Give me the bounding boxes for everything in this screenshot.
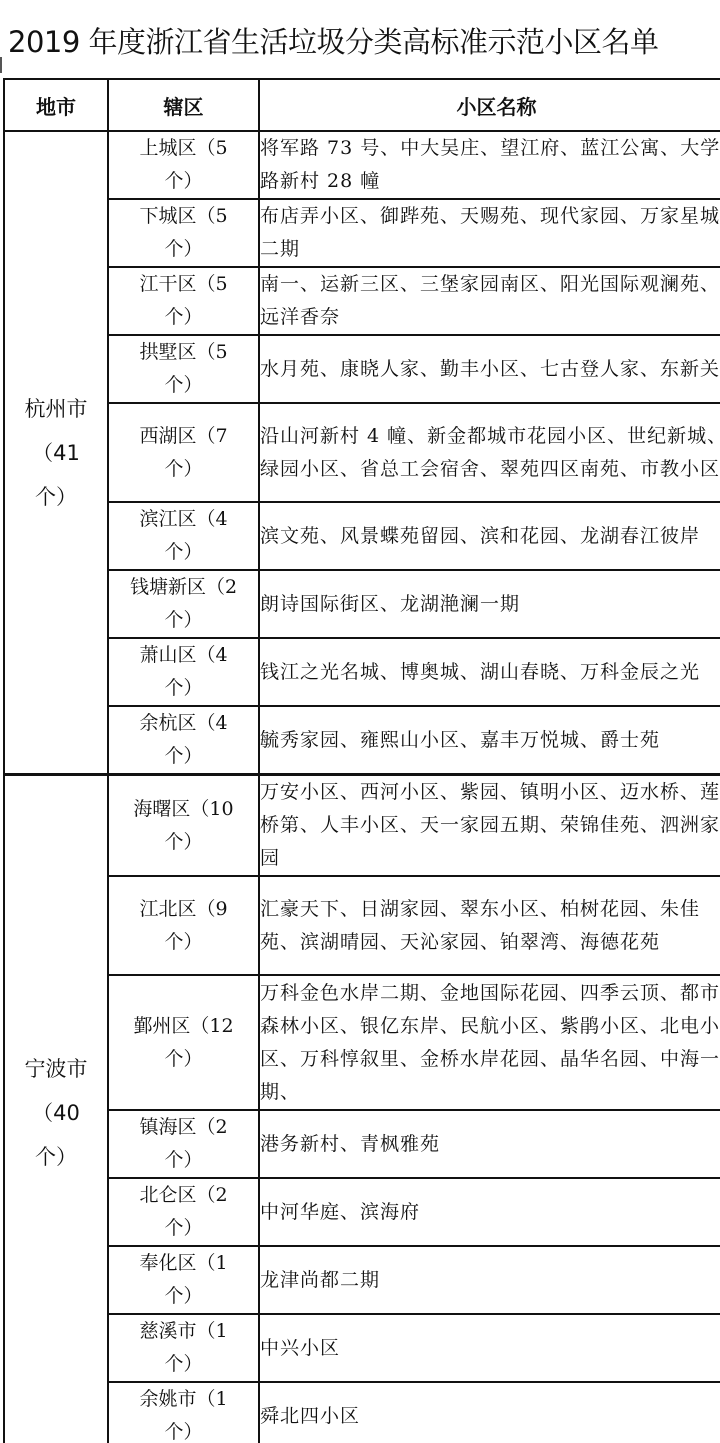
district-cell: 镇海区（2个）	[108, 1110, 259, 1178]
table-row: 余杭区（4个）毓秀家园、雍熙山小区、嘉丰万悦城、爵士苑	[4, 706, 720, 775]
district-cell: 拱墅区（5个）	[108, 335, 259, 403]
document-title: 2019 年度浙江省生活垃圾分类高标准示范小区名单	[8, 20, 659, 61]
table-row: 拱墅区（5个）水月苑、康晓人家、勤丰小区、七古登人家、东新关	[4, 335, 720, 403]
district-count-unit: 个）	[109, 1348, 258, 1381]
district-name: 江北区（9	[109, 893, 258, 926]
district-cell: 奉化区（1个）	[108, 1246, 259, 1314]
table-row: 宁波市（40个）海曙区（10个）万安小区、西河小区、紫园、镇明小区、迈水桥、莲桥…	[4, 775, 720, 877]
district-cell: 萧山区（4个）	[108, 638, 259, 706]
table-row: 余姚市（1个）舜北四小区	[4, 1382, 720, 1443]
community-names-cell: 万安小区、西河小区、紫园、镇明小区、迈水桥、莲桥第、人丰小区、天一家园五期、荣锦…	[259, 775, 720, 877]
community-names-cell: 沿山河新村 4 幢、新金都城市花园小区、世纪新城、绿园小区、省总工会宿舍、翠苑四…	[259, 403, 720, 502]
district-name: 海曙区（10	[109, 793, 258, 826]
table-row: 下城区（5个）布店弄小区、御跸苑、天赐苑、现代家园、万家星城二期	[4, 199, 720, 267]
district-name: 萧山区（4	[109, 639, 258, 672]
table-row: 滨江区（4个）滨文苑、风景蝶苑留园、滨和花园、龙湖春江彼岸	[4, 502, 720, 570]
district-cell: 北仑区（2个）	[108, 1178, 259, 1246]
community-names-cell: 龙津尚都二期	[259, 1246, 720, 1314]
district-count-unit: 个）	[109, 369, 258, 402]
district-count-unit: 个）	[109, 233, 258, 266]
district-name: 镇海区（2	[109, 1111, 258, 1144]
district-cell: 钱塘新区（2个）	[108, 570, 259, 638]
district-cell: 鄞州区（12个）	[108, 975, 259, 1110]
district-name: 鄞州区（12	[109, 1010, 258, 1043]
district-count-unit: 个）	[109, 536, 258, 569]
community-names-cell: 万科金色水岸二期、金地国际花园、四季云顶、都市森林小区、银亿东岸、民航小区、紫鹃…	[259, 975, 720, 1110]
city-count-unit: 个）	[5, 475, 107, 519]
district-count-unit: 个）	[109, 453, 258, 486]
table-row: 西湖区（7个）沿山河新村 4 幢、新金都城市花园小区、世纪新城、绿园小区、省总工…	[4, 403, 720, 502]
district-count-unit: 个）	[109, 1144, 258, 1177]
district-count-unit: 个）	[109, 1212, 258, 1245]
table-row: 萧山区（4个）钱江之光名城、博奥城、湖山春晓、万科金辰之光	[4, 638, 720, 706]
table-row: 镇海区（2个）港务新村、青枫雅苑	[4, 1110, 720, 1178]
table-row: 钱塘新区（2个）朗诗国际街区、龙湖滟澜一期	[4, 570, 720, 638]
community-table: 地市 辖区 小区名称 杭州市（41个）上城区（5个）将军路 73 号、中大吴庄、…	[3, 78, 720, 1443]
district-cell: 江干区（5个）	[108, 267, 259, 335]
district-name: 下城区（5	[109, 200, 258, 233]
city-count: （40	[5, 1091, 107, 1135]
city-cell: 杭州市（41个）	[4, 131, 108, 775]
header-city: 地市	[4, 79, 108, 131]
district-count-unit: 个）	[109, 604, 258, 637]
district-count-unit: 个）	[109, 1280, 258, 1313]
table-row: 慈溪市（1个）中兴小区	[4, 1314, 720, 1382]
district-name: 慈溪市（1	[109, 1315, 258, 1348]
district-name: 西湖区（7	[109, 420, 258, 453]
community-names-cell: 舜北四小区	[259, 1382, 720, 1443]
city-cell: 宁波市（40个）	[4, 775, 108, 1443]
district-count-unit: 个）	[109, 301, 258, 334]
district-cell: 余姚市（1个）	[108, 1382, 259, 1443]
district-name: 余姚市（1	[109, 1383, 258, 1416]
district-count-unit: 个）	[109, 1043, 258, 1076]
district-cell: 西湖区（7个）	[108, 403, 259, 502]
text-cursor	[0, 57, 2, 73]
header-district: 辖区	[108, 79, 259, 131]
district-cell: 海曙区（10个）	[108, 775, 259, 877]
city-count: （41	[5, 431, 107, 475]
community-names-cell: 汇豪天下、日湖家园、翠东小区、柏树花园、朱佳苑、滨湖晴园、天沁家园、铂翠湾、海德…	[259, 876, 720, 975]
district-name: 拱墅区（5	[109, 336, 258, 369]
community-names-cell: 布店弄小区、御跸苑、天赐苑、现代家园、万家星城二期	[259, 199, 720, 267]
district-count-unit: 个）	[109, 672, 258, 705]
district-name: 奉化区（1	[109, 1247, 258, 1280]
district-name: 江干区（5	[109, 268, 258, 301]
city-name: 杭州市	[5, 387, 107, 431]
district-count-unit: 个）	[109, 740, 258, 773]
table-row: 江干区（5个）南一、运新三区、三堡家园南区、阳光国际观澜苑、远洋香奈	[4, 267, 720, 335]
header-communities: 小区名称	[259, 79, 720, 131]
district-cell: 滨江区（4个）	[108, 502, 259, 570]
table-row: 江北区（9个）汇豪天下、日湖家园、翠东小区、柏树花园、朱佳苑、滨湖晴园、天沁家园…	[4, 876, 720, 975]
district-name: 钱塘新区（2	[109, 571, 258, 604]
table-row: 杭州市（41个）上城区（5个）将军路 73 号、中大吴庄、望江府、蓝江公寓、大学…	[4, 131, 720, 199]
district-name: 余杭区（4	[109, 707, 258, 740]
district-cell: 余杭区（4个）	[108, 706, 259, 775]
community-names-cell: 水月苑、康晓人家、勤丰小区、七古登人家、东新关	[259, 335, 720, 403]
district-name: 上城区（5	[109, 132, 258, 165]
district-cell: 下城区（5个）	[108, 199, 259, 267]
community-names-cell: 南一、运新三区、三堡家园南区、阳光国际观澜苑、远洋香奈	[259, 267, 720, 335]
header-row: 地市 辖区 小区名称	[4, 79, 720, 131]
table-row: 奉化区（1个）龙津尚都二期	[4, 1246, 720, 1314]
district-count-unit: 个）	[109, 826, 258, 859]
community-names-cell: 中河华庭、滨海府	[259, 1178, 720, 1246]
district-name: 滨江区（4	[109, 503, 258, 536]
district-count-unit: 个）	[109, 1416, 258, 1443]
district-cell: 上城区（5个）	[108, 131, 259, 199]
district-cell: 慈溪市（1个）	[108, 1314, 259, 1382]
city-count-unit: 个）	[5, 1135, 107, 1179]
community-names-cell: 中兴小区	[259, 1314, 720, 1382]
table-row: 鄞州区（12个）万科金色水岸二期、金地国际花园、四季云顶、都市森林小区、银亿东岸…	[4, 975, 720, 1110]
district-count-unit: 个）	[109, 165, 258, 198]
district-cell: 江北区（9个）	[108, 876, 259, 975]
community-names-cell: 毓秀家园、雍熙山小区、嘉丰万悦城、爵士苑	[259, 706, 720, 775]
community-names-cell: 滨文苑、风景蝶苑留园、滨和花园、龙湖春江彼岸	[259, 502, 720, 570]
table-body: 杭州市（41个）上城区（5个）将军路 73 号、中大吴庄、望江府、蓝江公寓、大学…	[4, 131, 720, 1443]
community-names-cell: 将军路 73 号、中大吴庄、望江府、蓝江公寓、大学路新村 28 幢	[259, 131, 720, 199]
community-names-cell: 朗诗国际街区、龙湖滟澜一期	[259, 570, 720, 638]
community-names-cell: 港务新村、青枫雅苑	[259, 1110, 720, 1178]
table-row: 北仑区（2个）中河华庭、滨海府	[4, 1178, 720, 1246]
community-names-cell: 钱江之光名城、博奥城、湖山春晓、万科金辰之光	[259, 638, 720, 706]
district-count-unit: 个）	[109, 926, 258, 959]
district-name: 北仑区（2	[109, 1179, 258, 1212]
city-name: 宁波市	[5, 1047, 107, 1091]
